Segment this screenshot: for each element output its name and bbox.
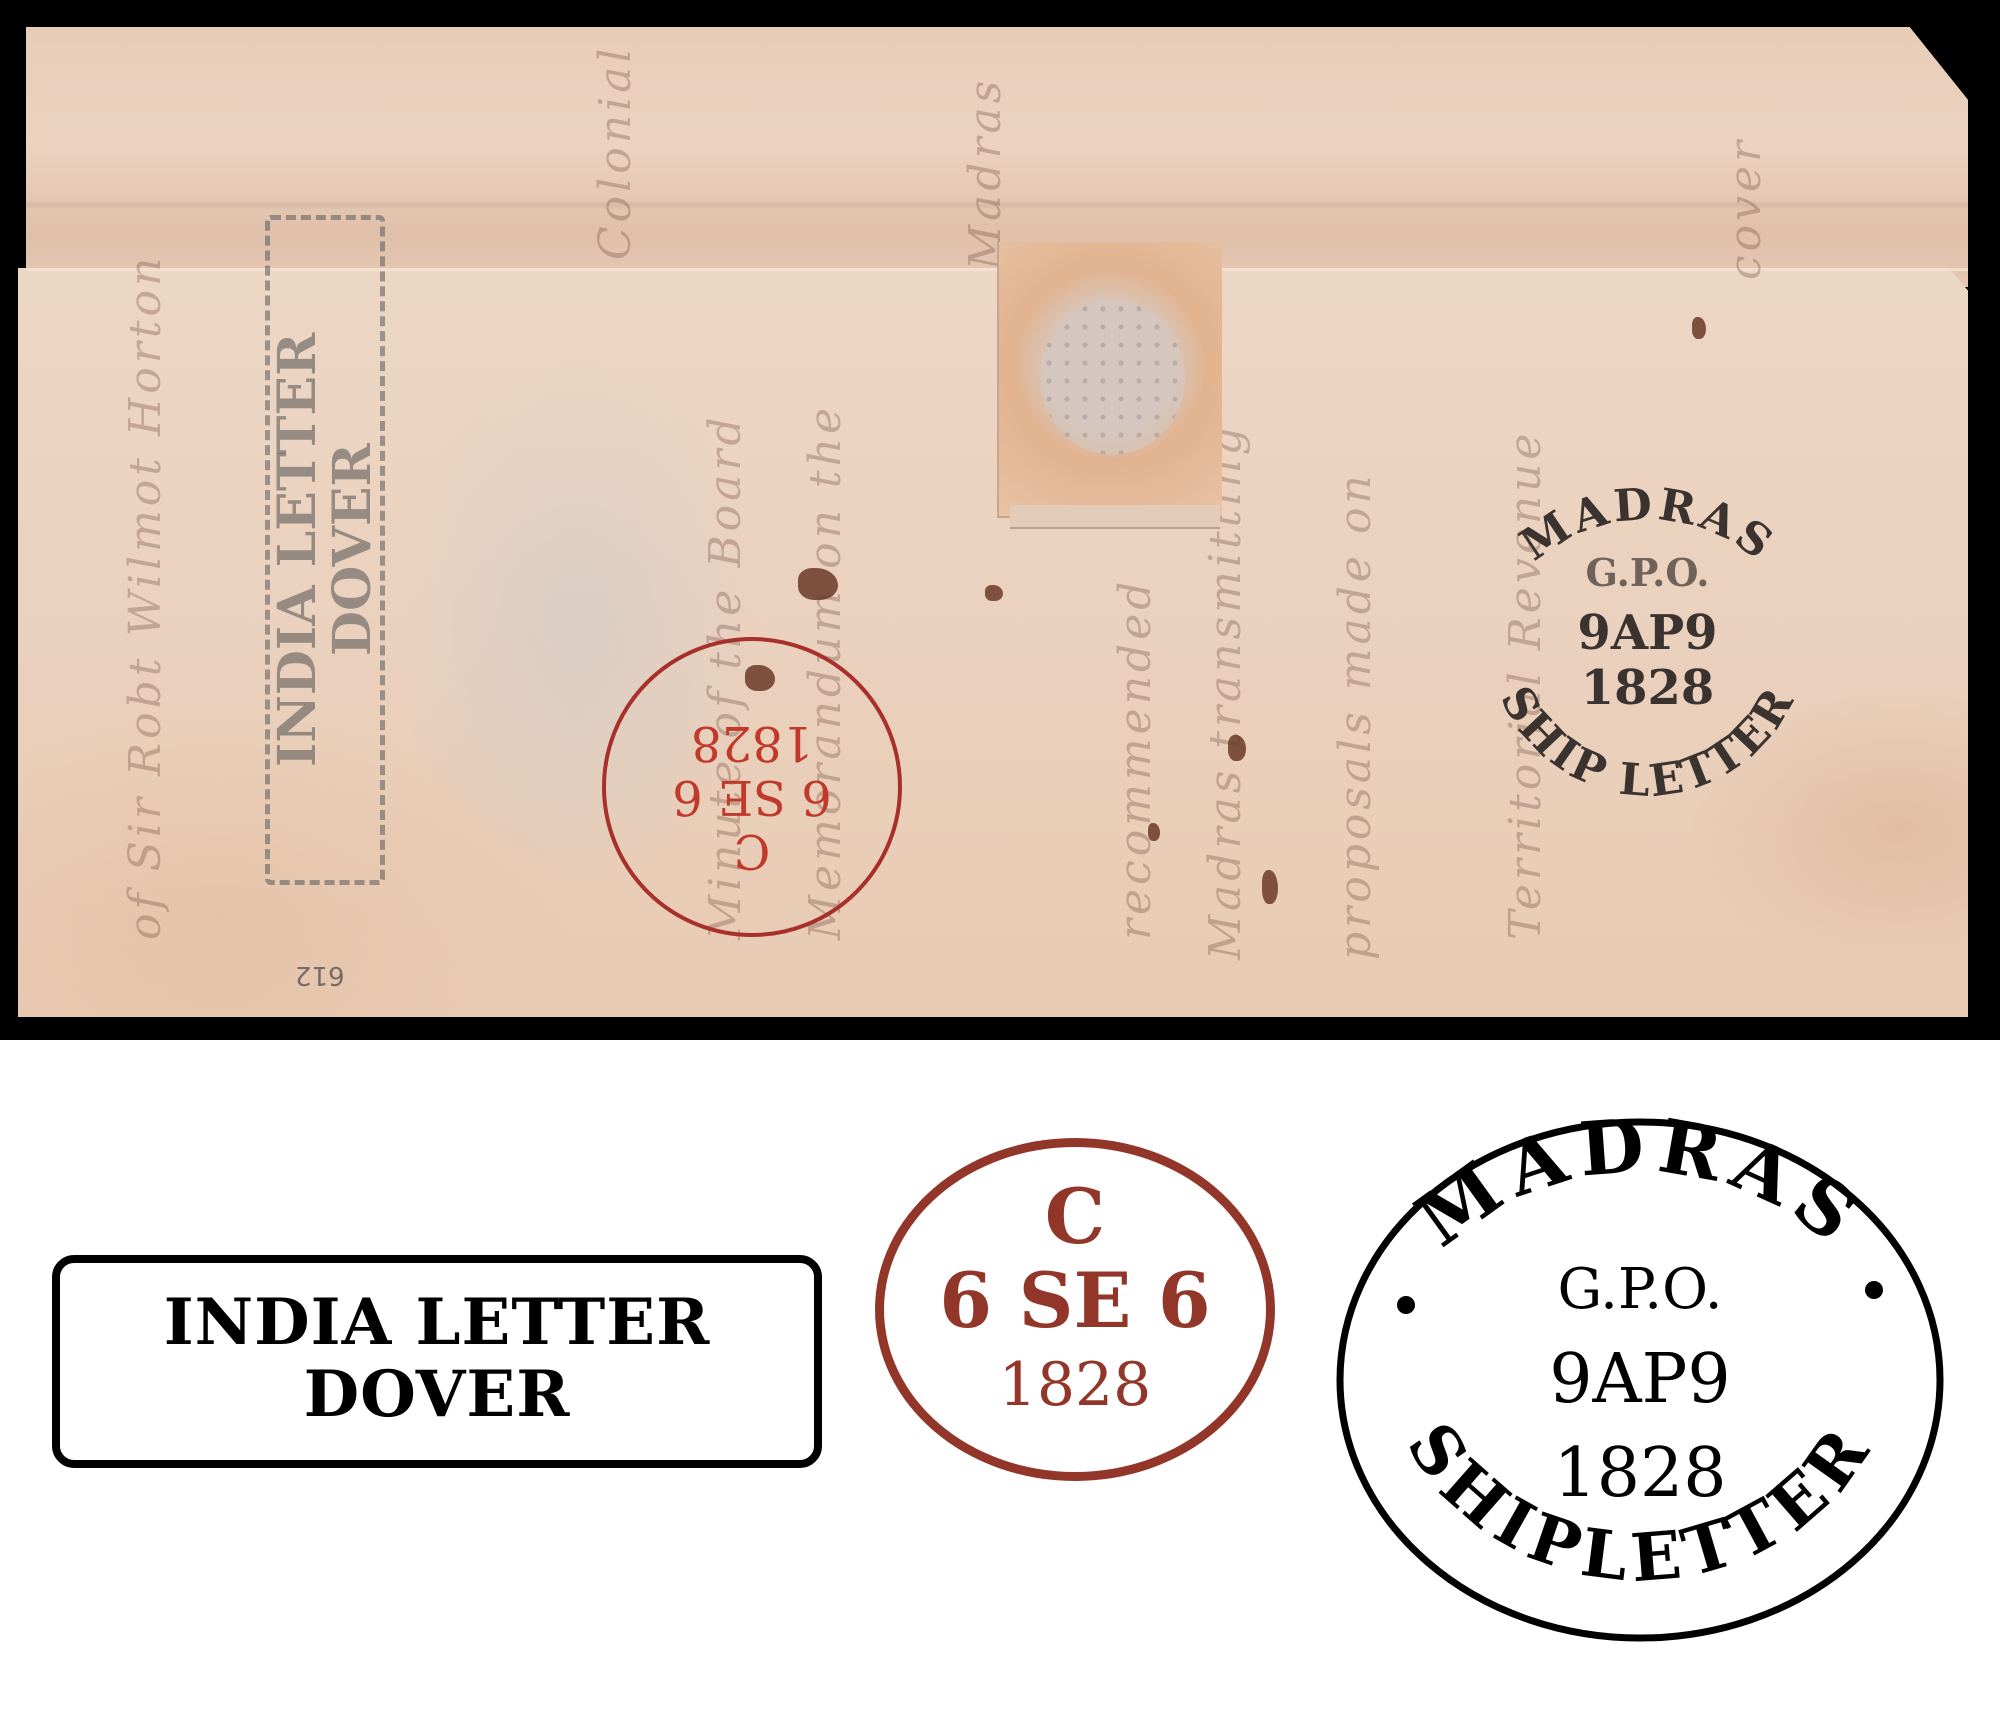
ink-blot: [1262, 870, 1278, 904]
ink-blot: [1228, 735, 1246, 761]
red-datestamp-year: 1828: [884, 1345, 1266, 1425]
ink-blot: [745, 665, 775, 691]
india-letter-dover-reconstruction: INDIA LETTER DOVER: [52, 1255, 822, 1468]
seal-strip: [1010, 505, 1220, 529]
red-datestamp-letter: C: [884, 1177, 1266, 1257]
india-letter-line1: INDIA LETTER: [60, 1287, 814, 1359]
madras-photo-gpo: G.P.O.: [1455, 550, 1840, 595]
india-letter-line2: DOVER: [60, 1359, 814, 1431]
manuscript-text: Madras: [960, 40, 1011, 270]
datestamp-letter: C: [606, 824, 898, 878]
ink-blot: [1692, 317, 1706, 339]
manuscript-text: recommended: [1110, 560, 1161, 940]
madras-top-arc: MADRAS: [1401, 1102, 1880, 1265]
datestamp-date: 6 SE 6: [606, 770, 898, 824]
pencil-note: 612: [295, 960, 345, 990]
ink-blot: [798, 568, 838, 600]
madras-date: 9AP9: [1549, 1340, 1730, 1419]
madras-ship-letter-reconstruction: MADRAS SHIPLETTER G.P.O. 9AP9 1828: [1320, 1080, 1960, 1680]
separator-dot: [1397, 1296, 1415, 1314]
madras-year: 1828: [1553, 1434, 1726, 1513]
india-letter-handstamp-photo: INDIA LETTERDOVER: [265, 215, 385, 885]
red-datestamp-reconstruction: C 6 SE 6 1828: [875, 1138, 1275, 1481]
madras-photo-date: 9AP9: [1455, 605, 1840, 661]
embossed-seal: [1040, 300, 1185, 455]
ink-blot: [985, 585, 1003, 601]
separator-dot: [1865, 1281, 1883, 1299]
red-datestamp-date: 6 SE 6: [884, 1257, 1266, 1345]
madras-gpo: G.P.O.: [1557, 1257, 1722, 1322]
svg-text:MADRAS: MADRAS: [1401, 1102, 1880, 1265]
india-letter-text: INDIA LETTERDOVER: [270, 220, 380, 880]
manuscript-text: of Sir Robt Wilmot Horton: [120, 320, 171, 940]
madras-ship-letter-handstamp-photo: MADRAS SHIP LETTER G.P.O. 9AP9 1828: [1455, 455, 1840, 840]
ink-blot: [1148, 823, 1160, 841]
datestamp-year: 1828: [606, 716, 898, 770]
madras-reconstruction-graphic: MADRAS SHIPLETTER G.P.O. 9AP9 1828: [1320, 1080, 1960, 1680]
madras-photo-year: 1828: [1455, 660, 1840, 716]
manuscript-text: Colonial: [590, 30, 641, 260]
manuscript-text: proposals made on: [1330, 400, 1381, 960]
cover-photograph: of Sir Robt Wilmot Horton Colonial Minut…: [0, 0, 2000, 1040]
manuscript-text: cover: [1720, 40, 1771, 280]
